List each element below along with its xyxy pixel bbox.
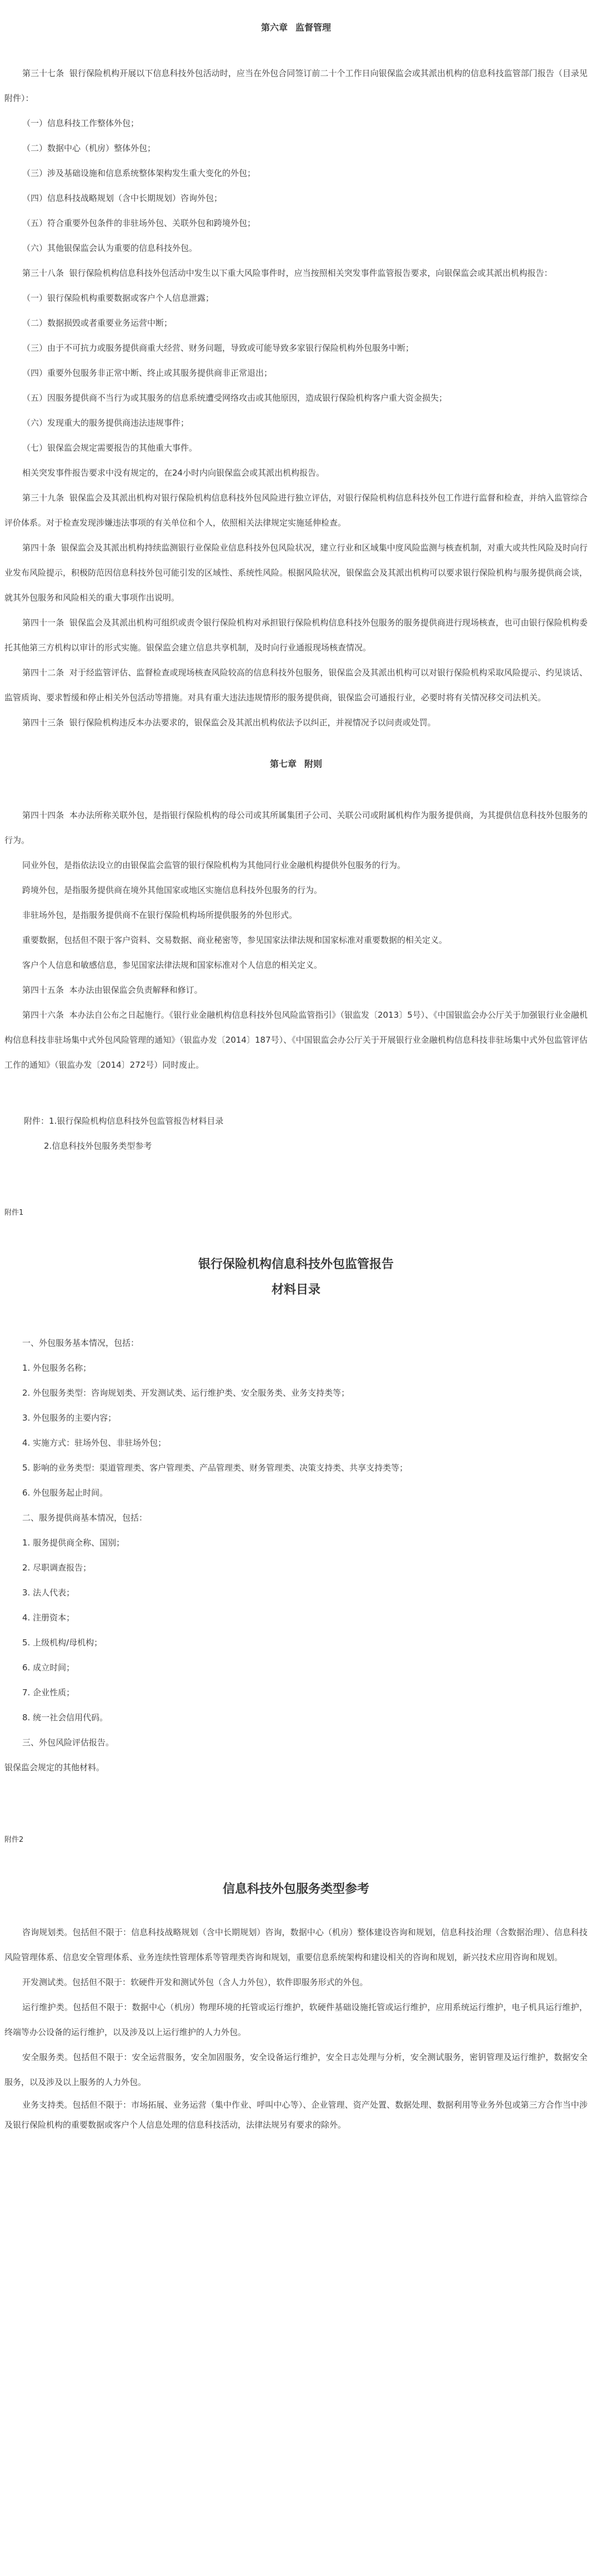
list-item: （一）银行保险机构重要数据或客户个人信息泄露； — [4, 286, 588, 311]
annex-2-title: 信息科技外包服务类型参考 — [4, 1877, 588, 1902]
other-materials: 银保监会规定的其他材料。 — [4, 1755, 588, 1780]
definition-item: 同业外包，是指依法设立的由银保监会监管的银行保险机构为其他同行业金融机构提供外包… — [4, 853, 588, 878]
article-heading: 第四十五条 — [22, 985, 64, 995]
article-46: 第四十六条 本办法自公布之日起施行。《银行业金融机构信息科技外包风险监管指引》（… — [4, 1003, 588, 1078]
article-body: 银行保险机构开展以下信息科技外包活动时，应当在外包合同签订前二十个工作日向银保监… — [4, 68, 588, 103]
list-item: 6. 外包服务起止时间。 — [4, 1481, 588, 1506]
article-body: 银行保险机构违反本办法要求的，银保监会及其派出机构依法予以纠正，并视情况予以问责… — [69, 718, 436, 728]
list-item: （三）由于不可抗力或服务提供商重大经营、财务问题，导致或可能导致多家银行保险机构… — [4, 336, 588, 361]
annex-1-title-line2: 材料目录 — [4, 1277, 588, 1303]
list-item: 4. 实施方式：驻场外包、非驻场外包； — [4, 1431, 588, 1456]
list-item: 3. 法人代表； — [4, 1580, 588, 1605]
list-item: （六）发现重大的服务提供商违法违规事件； — [4, 411, 588, 436]
article-body: 银保监会及其派出机构可组织或责令银行保险机构对承担银行保险机构信息科技外包服务的… — [4, 618, 588, 653]
article-body: 银行保险机构信息科技外包活动中发生以下重大风险事件时，应当按照相关突发事件监管报… — [69, 268, 553, 278]
article-body: 银保监会及其派出机构对银行保险机构信息科技外包风险进行独立评估，对银行保险机构信… — [4, 493, 588, 528]
list-item: （七）银保监会规定需要报告的其他重大事件。 — [4, 436, 588, 461]
article-heading: 第四十六条 — [22, 1010, 64, 1020]
article-body: 银保监会及其派出机构持续监测银行业保险业信息科技外包风险状况，建立行业和区域集中… — [4, 543, 588, 603]
list-item: 7. 企业性质； — [4, 1680, 588, 1705]
service-type-item: 咨询规划类。包括但不限于：信息科技战略规划（含中长期规划）咨询，数据中心（机房）… — [4, 1920, 588, 1970]
list-item: 3. 外包服务的主要内容； — [4, 1406, 588, 1431]
attachment-1-title: 1.银行保险机构信息科技外包监管报告材料目录 — [49, 1116, 223, 1126]
section-heading: 二、服务提供商基本情况，包括： — [4, 1506, 588, 1531]
article-heading: 第四十二条 — [22, 668, 64, 678]
list-item: 5. 影响的业务类型：渠道管理类、客户管理类、产品管理类、财务管理类、决策支持类… — [4, 1456, 588, 1481]
article-body: 本办法所称关联外包，是指银行保险机构的母公司或其所属集团子公司、关联公司或附属机… — [4, 810, 588, 845]
list-item: 1. 服务提供商全称、国别； — [4, 1531, 588, 1555]
article-44: 第四十四条 本办法所称关联外包，是指银行保险机构的母公司或其所属集团子公司、关联… — [4, 803, 588, 853]
article-39: 第三十九条 银保监会及其派出机构对银行保险机构信息科技外包风险进行独立评估，对银… — [4, 486, 588, 536]
service-type-item: 开发测试类。包括但不限于：软硬件开发和测试外包（含人力外包），软件即服务形式的外… — [4, 1970, 588, 1995]
chapter-7-title: 第七章附则 — [4, 757, 588, 771]
list-item: （五）符合重要外包条件的非驻场外包、关联外包和跨境外包； — [4, 211, 588, 236]
definition-item: 重要数据，包括但不限于客户资料、交易数据、商业秘密等，参见国家法律法规和国家标准… — [4, 928, 588, 953]
article-heading: 第三十八条 — [22, 268, 64, 278]
service-type-item: 安全服务类。包括但不限于：安全运营服务，安全加固服务，安全设备运行维护，安全日志… — [4, 2045, 588, 2095]
list-item: （六）其他银保监会认为重要的信息科技外包。 — [4, 236, 588, 261]
list-item: （三）涉及基础设施和信息系统整体架构发生重大变化的外包； — [4, 161, 588, 186]
attachment-1: 附件：1.银行保险机构信息科技外包监管报告材料目录 — [24, 1109, 588, 1134]
list-item: 4. 注册资本； — [4, 1605, 588, 1630]
chapter-6-title: 第六章监督管理 — [4, 21, 588, 34]
article-heading: 第三十七条 — [22, 68, 64, 78]
list-item: （五）因服务提供商不当行为或其服务的信息系统遭受网络攻击或其他原因，造成银行保险… — [4, 386, 588, 411]
article-41: 第四十一条 银保监会及其派出机构可组织或责令银行保险机构对承担银行保险机构信息科… — [4, 610, 588, 660]
attachments-list: 附件：1.银行保险机构信息科技外包监管报告材料目录 2.信息科技外包服务类型参考 — [4, 1109, 588, 1159]
chapter-name: 附则 — [304, 759, 322, 769]
article-body: 本办法自公布之日起施行。《银行业金融机构信息科技外包风险监管指引》（银监发〔20… — [4, 1010, 588, 1070]
attachments-label: 附件： — [24, 1116, 49, 1126]
list-item: 2. 外包服务类型：咨询规划类、开发测试类、运行维护类、安全服务类、业务支持类等… — [4, 1381, 588, 1406]
article-37-text: 第三十七条 银行保险机构开展以下信息科技外包活动时，应当在外包合同签订前二十个工… — [4, 61, 588, 111]
article-45: 第四十五条 本办法由银保监会负责解释和修订。 — [4, 978, 588, 1003]
chapter-number: 第七章 — [270, 759, 297, 769]
article-42: 第四十二条 对于经监管评估、监督检查或现场核查风险较高的信息科技外包服务，银保监… — [4, 660, 588, 710]
article-heading: 第四十四条 — [22, 810, 64, 820]
article-heading: 第四十三条 — [22, 718, 64, 728]
definition-item: 非驻场外包，是指服务提供商不在银行保险机构场所提供服务的外包形式。 — [4, 903, 588, 928]
list-item: 2. 尽职调查报告； — [4, 1555, 588, 1580]
section-heading: 一、外包服务基本情况，包括： — [4, 1331, 588, 1356]
article-heading: 第四十条 — [22, 543, 56, 553]
chapter-number: 第六章 — [261, 22, 288, 33]
article-heading: 第四十一条 — [22, 618, 64, 628]
list-item: 6. 成立时间； — [4, 1655, 588, 1680]
service-type-item: 业务支持类。包括但不限于：市场拓展、业务运营（集中作业、呼叫中心等）、企业管理、… — [4, 2095, 588, 2135]
article-heading: 第三十九条 — [22, 493, 64, 503]
list-item: （四）重要外包服务非正常中断、终止或其服务提供商非正常退出； — [4, 361, 588, 386]
article-37: 第三十七条 银行保险机构开展以下信息科技外包活动时，应当在外包合同签订前二十个工… — [4, 61, 588, 261]
attachment-2: 2.信息科技外包服务类型参考 — [24, 1134, 588, 1159]
annex-2-label: 附件2 — [4, 1835, 588, 1846]
article-body: 本办法由银保监会负责解释和修订。 — [69, 985, 203, 995]
list-item: 1. 外包服务名称； — [4, 1356, 588, 1381]
annex-1-title-line1: 银行保险机构信息科技外包监管报告 — [4, 1252, 588, 1277]
list-item: （四）信息科技战略规划（含中长期规划）咨询外包； — [4, 186, 588, 211]
list-item: （二）数据中心（机房）整体外包； — [4, 136, 588, 161]
list-item: 8. 统一社会信用代码。 — [4, 1705, 588, 1730]
article-38-note: 相关突发事件报告要求中没有规定的，在24小时内向银保监会或其派出机构报告。 — [4, 461, 588, 486]
annex-1-label: 附件1 — [4, 1208, 588, 1219]
article-38: 第三十八条 银行保险机构信息科技外包活动中发生以下重大风险事件时，应当按照相关突… — [4, 261, 588, 486]
list-item: 5. 上级机构/母机构； — [4, 1630, 588, 1655]
article-38-text: 第三十八条 银行保险机构信息科技外包活动中发生以下重大风险事件时，应当按照相关突… — [4, 261, 588, 286]
article-43: 第四十三条 银行保险机构违反本办法要求的，银保监会及其派出机构依法予以纠正，并视… — [4, 710, 588, 735]
chapter-name: 监督管理 — [295, 22, 331, 33]
definition-item: 客户个人信息和敏感信息，参见国家法律法规和国家标准对个人信息的相关定义。 — [4, 953, 588, 978]
attachment-2-title: 2.信息科技外包服务类型参考 — [44, 1141, 152, 1151]
section-heading: 三、外包风险评估报告。 — [4, 1730, 588, 1755]
list-item: （一）信息科技工作整体外包； — [4, 111, 588, 136]
definition-item: 跨境外包，是指服务提供商在境外其他国家或地区实施信息科技外包服务的行为。 — [4, 878, 588, 903]
document: 第六章监督管理 第三十七条 银行保险机构开展以下信息科技外包活动时，应当在外包合… — [0, 0, 592, 2135]
service-type-item: 运行维护类。包括但不限于：数据中心（机房）物理环境的托管或运行维护，软硬件基础设… — [4, 1995, 588, 2045]
article-body: 对于经监管评估、监督检查或现场核查风险较高的信息科技外包服务，银保监会及其派出机… — [4, 668, 588, 703]
article-40: 第四十条 银保监会及其派出机构持续监测银行业保险业信息科技外包风险状况，建立行业… — [4, 536, 588, 610]
list-item: （二）数据损毁或者重要业务运营中断； — [4, 311, 588, 336]
